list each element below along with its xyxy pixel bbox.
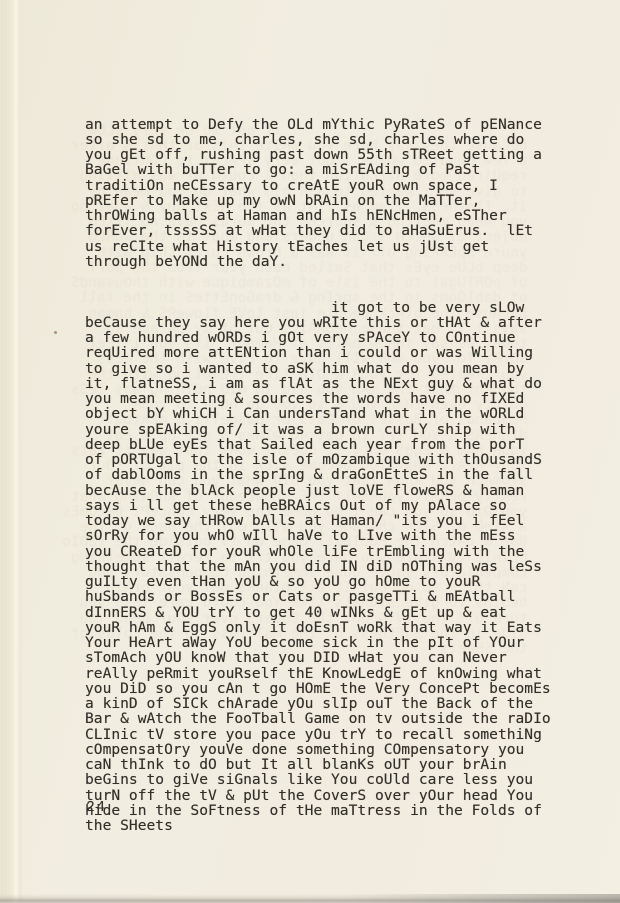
paper-speck xyxy=(54,331,57,334)
paragraph-1: an attempt to Defy the OLd mYthic PyRate… xyxy=(85,117,551,270)
paragraph-2: it got to be very sLOw beCause they say … xyxy=(85,300,551,834)
scanned-book-page: it got to be very sLOw beCause they say … xyxy=(0,0,620,903)
page-number: 24 xyxy=(86,801,107,816)
typewritten-text-block: an attempt to Defy the OLd mYthic PyRate… xyxy=(85,86,551,864)
page-bottom-edge-shadow xyxy=(0,894,620,903)
book-page-edges xyxy=(0,0,22,903)
